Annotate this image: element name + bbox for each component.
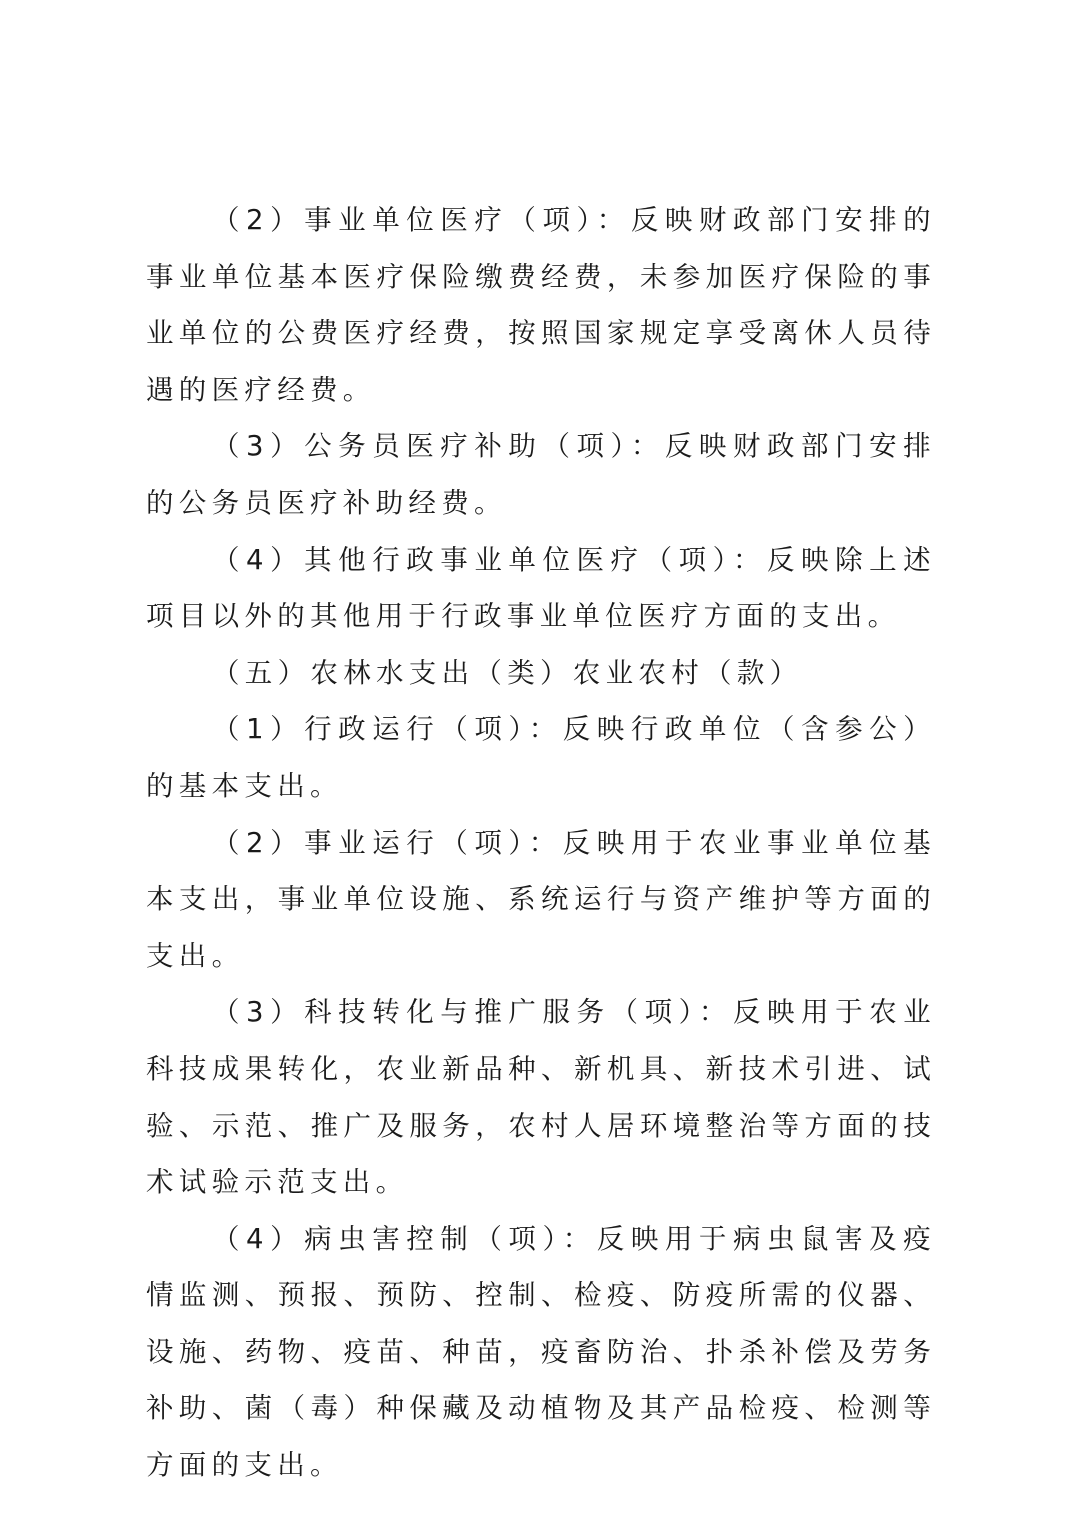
- paragraph-institution-medical: （2）事业单位医疗（项）：反映财政部门安排的事业单位基本医疗保险缴费经费，未参加…: [146, 192, 936, 418]
- paragraph-tech-transfer-promotion: （3）科技转化与推广服务（项）：反映用于农业科技成果转化，农业新品种、新机具、新…: [146, 984, 936, 1210]
- document-page: （2）事业单位医疗（项）：反映财政部门安排的事业单位基本医疗保险缴费经费，未参加…: [146, 192, 936, 1494]
- section-heading-agriculture: （五）农林水支出（类）农业农村（款）: [146, 645, 936, 702]
- paragraph-pest-control: （4）病虫害控制（项）：反映用于病虫鼠害及疫情监测、预报、预防、控制、检疫、防疫…: [146, 1211, 936, 1494]
- paragraph-other-institution-medical: （4）其他行政事业单位医疗（项）：反映除上述项目以外的其他用于行政事业单位医疗方…: [146, 532, 936, 645]
- paragraph-administrative-operation: （1）行政运行（项）：反映行政单位（含参公）的基本支出。: [146, 701, 936, 814]
- paragraph-civil-servant-medical-subsidy: （3）公务员医疗补助（项）：反映财政部门安排的公务员医疗补助经费。: [146, 418, 936, 531]
- paragraph-institution-operation: （2）事业运行（项）：反映用于农业事业单位基本支出，事业单位设施、系统运行与资产…: [146, 815, 936, 985]
